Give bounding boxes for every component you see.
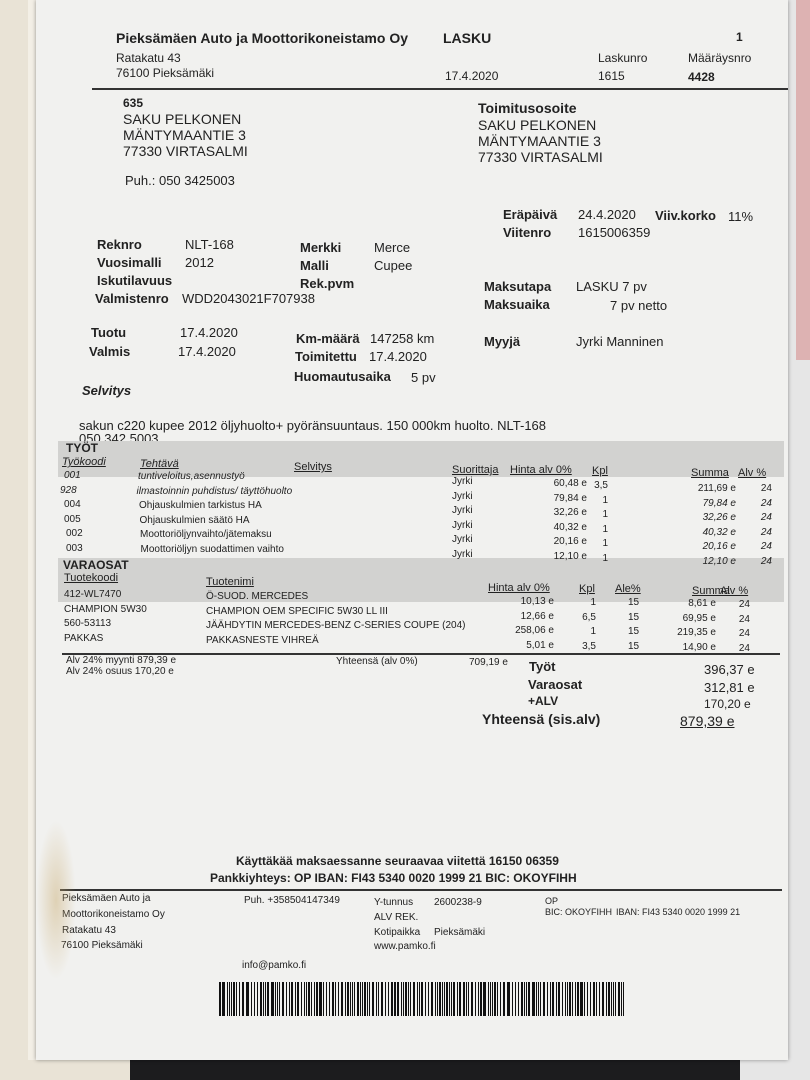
part-vat: 24: [739, 628, 750, 639]
work-qty: 1: [602, 495, 608, 506]
due-date: 24.4.2020: [578, 207, 636, 222]
parts-col-vat: Alv %: [720, 585, 748, 597]
company-name: Pieksämäen Auto ja Moottorikoneistamo Oy: [116, 30, 408, 46]
work-col-description: Selvitys: [294, 461, 332, 473]
part-vat: 24: [739, 643, 750, 654]
part-qty: 6,5: [582, 612, 596, 623]
model-year: 2012: [185, 255, 214, 270]
invoice-no-label: Laskunro: [598, 51, 647, 65]
work-vat: 24: [761, 512, 772, 523]
notice-label: Huomautusaika: [294, 369, 391, 384]
work-price: 32,26 e: [554, 507, 587, 518]
work-col-qty: Kpl: [592, 465, 608, 477]
work-code: 001: [64, 470, 81, 481]
make: Merce: [374, 240, 410, 255]
part-name: PAKKASNESTE VIHREÄ: [206, 635, 319, 646]
parts-col-price: Hinta alv 0%: [488, 582, 550, 594]
background-pink-object: [796, 0, 810, 360]
work-sum: 12,10 e: [703, 556, 736, 567]
document-type: LASKU: [443, 30, 491, 46]
work-performer: Jyrki: [452, 476, 473, 487]
order-no: 4428: [688, 70, 715, 84]
parts-title: VARAOSAT: [63, 558, 129, 572]
part-code: PAKKAS: [64, 633, 103, 644]
parts-col-qty: Kpl: [579, 583, 595, 595]
payment-term-label: Maksuaika: [484, 297, 550, 312]
footer-bank: OP: [545, 896, 558, 906]
domicile-label: Kotipaikka: [374, 927, 420, 938]
customer-name: SAKU PELKONEN: [123, 111, 241, 127]
footer-email: info@pamko.fi: [242, 960, 306, 971]
reg-number: NLT-168: [185, 237, 234, 252]
description-label: Selvitys: [82, 383, 131, 398]
work-vat: 24: [761, 541, 772, 552]
vin-label: Valmistenro: [95, 291, 169, 306]
part-price: 258,06 e: [515, 625, 554, 636]
part-price: 12,66 e: [521, 611, 554, 622]
work-task: Ohjauskulmien säätö HA: [140, 515, 250, 526]
due-date-label: Eräpäivä: [503, 207, 557, 222]
part-qty: 1: [590, 626, 596, 637]
parts-col-code: Tuotekoodi: [64, 572, 118, 584]
parts-col-discount: Ale%: [615, 583, 641, 595]
work-vat: 24: [761, 556, 772, 567]
work-price: 40,32 e: [554, 522, 587, 533]
work-code: 928: [60, 485, 77, 496]
payment-method-label: Maksutapa: [484, 279, 551, 294]
invoice-date: 17.4.2020: [445, 69, 498, 83]
header-divider: [92, 88, 788, 90]
part-price: 10,13 e: [521, 596, 554, 607]
work-sum: 32,26 e: [703, 512, 736, 523]
invoice-paper: Pieksämäen Auto ja Moottorikoneistamo Oy…: [36, 0, 788, 1060]
part-code: 412-WL7470: [64, 589, 121, 600]
delivery-street: MÄNTYMAANTIE 3: [478, 133, 601, 149]
customer-phone: Puh.: 050 3425003: [125, 173, 235, 188]
parts-total: 312,81 e: [704, 680, 755, 695]
work-vat: 24: [761, 498, 772, 509]
notice-period: 5 pv: [411, 370, 436, 385]
work-sum: 20,16 e: [703, 541, 736, 552]
work-sum: 40,32 e: [703, 527, 736, 538]
work-sum: 211,69 e: [698, 483, 736, 494]
interest-label: Viiv.korko: [655, 208, 716, 223]
work-vat: 24: [761, 483, 772, 494]
displacement-label: Iskutilavuus: [97, 273, 172, 288]
footer-bic: BIC: OKOYFIHH: [545, 907, 612, 917]
delivered-date: 17.4.2020: [369, 349, 427, 364]
part-name: CHAMPION OEM SPECIFIC 5W30 LL III: [206, 606, 388, 617]
part-qty: 1: [590, 597, 596, 608]
work-title: TYÖT: [66, 441, 98, 455]
work-qty: 1: [602, 524, 608, 535]
part-discount: 15: [628, 641, 639, 652]
part-name: Ö-SUOD. MERCEDES: [206, 591, 308, 602]
work-price: 12,10 e: [554, 551, 587, 562]
footer-phone: Puh. +358504147349: [244, 895, 340, 906]
business-id: 2600238-9: [434, 897, 482, 908]
work-task: Moottoriöljyn suodattimen vaihto: [141, 544, 284, 555]
work-code: 002: [66, 528, 83, 539]
grand-total-label: Yhteensä (sis.alv): [482, 711, 600, 727]
bank-note: Pankkiyhteys: OP IBAN: FI43 5340 0020 19…: [210, 871, 577, 885]
order-no-label: Määräysnro: [688, 51, 751, 65]
vat-sales: Alv 24% myynti 879,39 e: [66, 655, 176, 666]
reference-number: 1615006359: [578, 225, 650, 240]
part-name: JÄÄHDYTIN MERCEDES-BENZ C-SERIES COUPE (…: [206, 620, 466, 631]
work-col-code: Työkoodi: [62, 456, 106, 468]
part-code: CHAMPION 5W30: [64, 604, 147, 615]
parts-col-name: Tuotenimi: [206, 576, 254, 588]
work-total-label: Työt: [529, 659, 555, 674]
reg-label: Reknro: [97, 237, 142, 252]
vin: WDD2043021F707938: [182, 291, 315, 306]
km-label: Km-määrä: [296, 331, 360, 346]
ready-date: 17.4.2020: [178, 344, 236, 359]
delivery-label: Toimitusosoite: [478, 100, 577, 116]
work-performer: Jyrki: [452, 534, 473, 545]
work-code: 005: [64, 514, 81, 525]
part-discount: 15: [628, 612, 639, 623]
part-sum: 219,35 e: [677, 627, 716, 638]
work-col-performer: Suorittaja: [452, 464, 498, 476]
net-total: 709,19 e: [469, 657, 508, 668]
footer-iban: IBAN: FI43 5340 0020 1999 21: [616, 907, 740, 917]
invoice-no: 1615: [598, 69, 625, 83]
work-price: 60,48 e: [554, 478, 587, 489]
parts-total-label: Varaosat: [528, 677, 582, 692]
model: Cupee: [374, 258, 412, 273]
vat-total: 170,20 e: [704, 697, 751, 711]
work-qty: 1: [602, 553, 608, 564]
domicile: Pieksämäki: [434, 927, 485, 938]
model-year-label: Vuosimalli: [97, 255, 162, 270]
customer-city: 77330 VIRTASALMI: [123, 143, 248, 159]
work-sum: 79,84 e: [703, 498, 736, 509]
work-price: 20,16 e: [554, 536, 587, 547]
part-sum: 14,90 e: [683, 642, 716, 653]
work-task: Moottoriöljynvaihto/jätemaksu: [140, 529, 272, 540]
part-price: 5,01 e: [526, 640, 554, 651]
website: www.pamko.fi: [374, 941, 436, 952]
vat-total-label: +ALV: [528, 694, 558, 708]
net-total-label: Yhteensä (alv 0%): [336, 656, 418, 667]
work-col-price: Hinta alv 0%: [510, 464, 572, 476]
work-task: Ohjauskulmien tarkistus HA: [139, 500, 262, 511]
work-col-task: Tehtävä: [140, 458, 179, 470]
payment-method: LASKU 7 pv: [576, 279, 647, 294]
work-col-vat: Alv %: [738, 467, 766, 479]
delivery-city: 77330 VIRTASALMI: [478, 149, 603, 165]
reference-note: Käyttäkää maksaessanne seuraavaa viitett…: [236, 854, 559, 868]
arrived-date: 17.4.2020: [180, 325, 238, 340]
km-reading: 147258 km: [370, 331, 434, 346]
work-total: 396,37 e: [704, 662, 755, 677]
part-code: 560-53113: [64, 618, 111, 629]
work-qty: 1: [602, 509, 608, 520]
work-code: 004: [64, 499, 81, 510]
parts-header-band: [58, 558, 784, 602]
work-performer: Jyrki: [452, 491, 473, 502]
work-qty: 3,5: [594, 480, 608, 491]
model-label: Malli: [300, 258, 329, 273]
work-performer: Jyrki: [452, 520, 473, 531]
work-price: 79,84 e: [554, 493, 587, 504]
payment-term: 7 pv netto: [610, 298, 667, 313]
footer-company-line-2: Moottorikoneistamo Oy: [62, 909, 165, 920]
reg-date-label: Rek.pvm: [300, 276, 354, 291]
ready-label: Valmis: [89, 344, 130, 359]
make-label: Merkki: [300, 240, 341, 255]
part-qty: 3,5: [582, 641, 596, 652]
page-number: 1: [736, 30, 743, 44]
interest-rate: 11%: [728, 209, 753, 224]
work-performer: Jyrki: [452, 549, 473, 560]
work-qty: 1: [602, 538, 608, 549]
work-performer: Jyrki: [452, 505, 473, 516]
work-task: ilmastoinnin puhdistus/ täyttöhuolto: [137, 486, 293, 497]
paper-stain: [36, 820, 76, 980]
arrived-label: Tuotu: [91, 325, 126, 340]
part-vat: 24: [739, 599, 750, 610]
delivered-label: Toimitettu: [295, 349, 357, 364]
work-vat: 24: [761, 527, 772, 538]
vat-registered: ALV REK.: [374, 912, 418, 923]
customer-street: MÄNTYMAANTIE 3: [123, 127, 246, 143]
delivery-name: SAKU PELKONEN: [478, 117, 596, 133]
work-col-sum: Summa: [691, 467, 729, 479]
footer-divider: [60, 889, 782, 891]
seller-label: Myyjä: [484, 334, 520, 349]
work-task: tuntiveloitus,asennustyö: [138, 471, 245, 482]
company-street: Ratakatu 43: [116, 51, 181, 65]
work-code: 003: [66, 543, 83, 554]
company-city: 76100 Pieksämäki: [116, 66, 214, 80]
payment-barcode: [219, 982, 625, 1016]
business-id-label: Y-tunnus: [374, 897, 413, 908]
part-sum: 8,61 e: [688, 598, 716, 609]
reference-label: Viitenro: [503, 225, 551, 240]
seller-name: Jyrki Manninen: [576, 334, 663, 349]
customer-number: 635: [123, 96, 143, 110]
part-discount: 15: [628, 597, 639, 608]
vat-share: Alv 24% osuus 170,20 e: [66, 666, 174, 677]
grand-total: 879,39 e: [680, 713, 735, 729]
part-vat: 24: [739, 614, 750, 625]
part-discount: 15: [628, 626, 639, 637]
part-sum: 69,95 e: [683, 613, 716, 624]
